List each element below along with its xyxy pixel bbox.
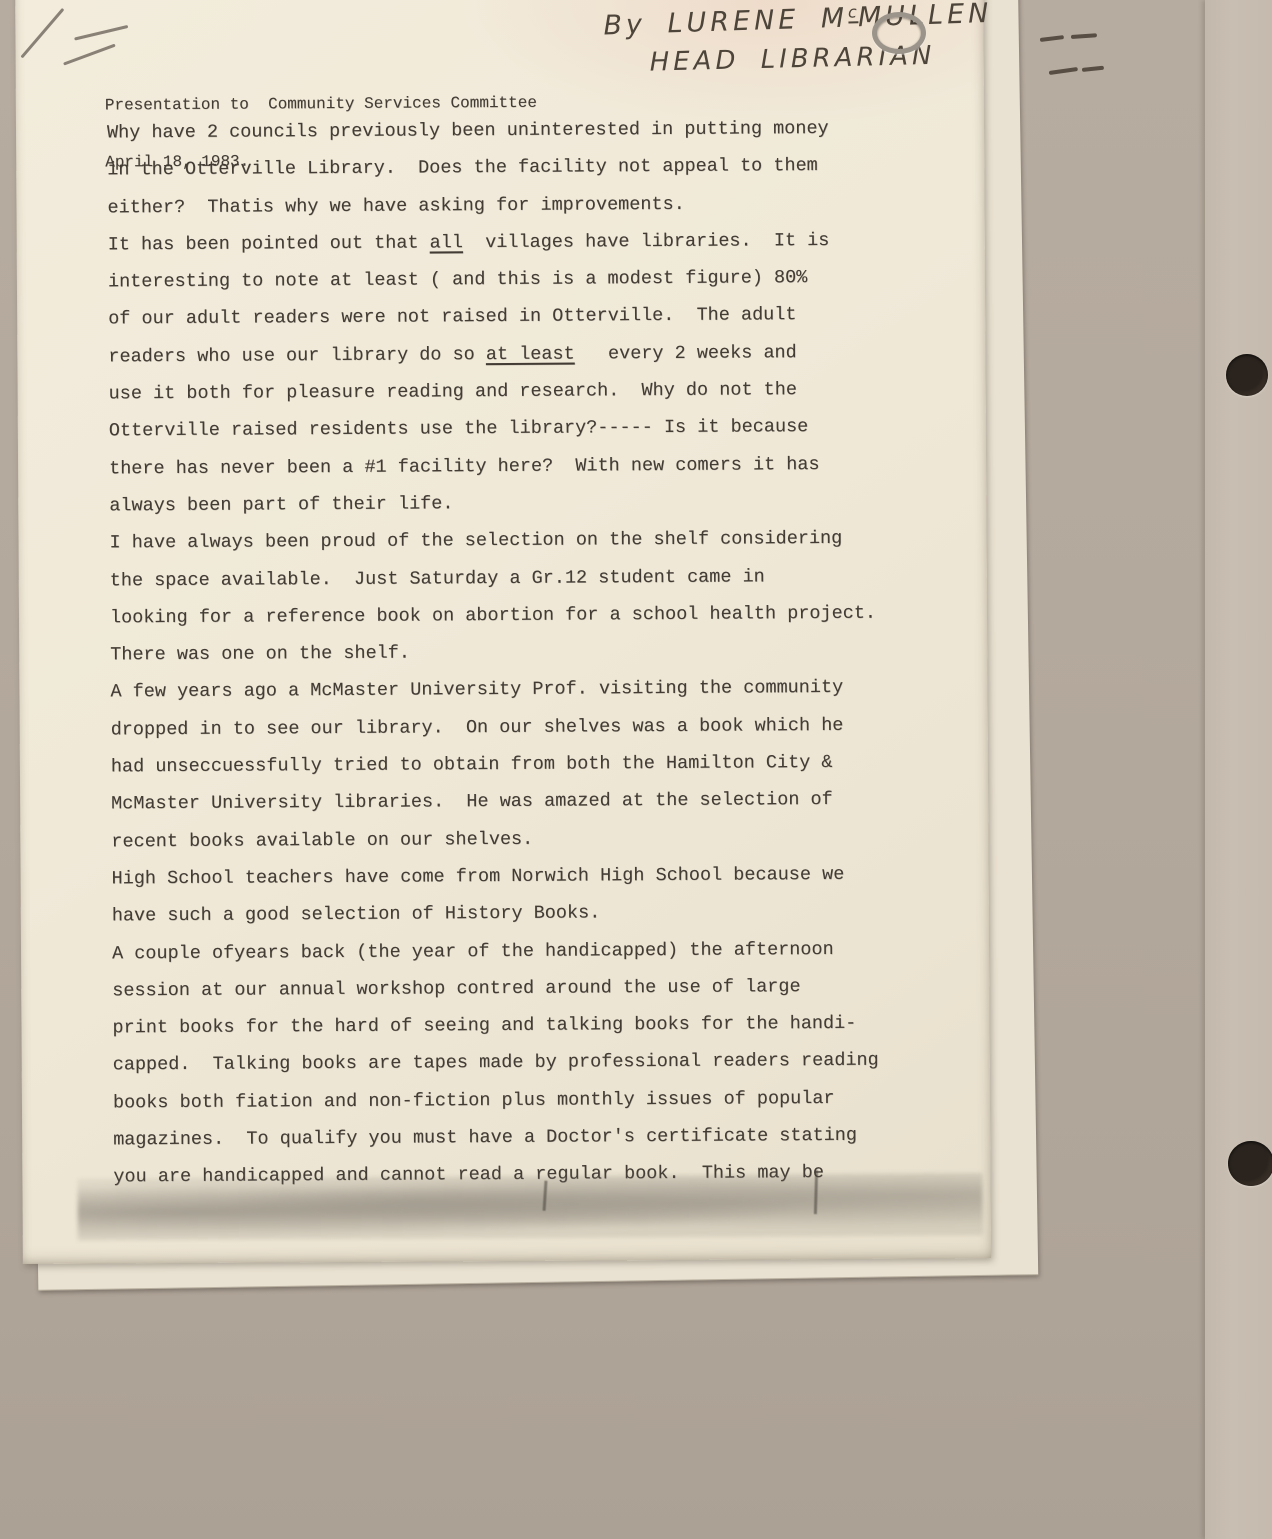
typed-text: A few years ago a McMaster University Pr…: [110, 677, 843, 702]
byline-prefix: By LURENE M: [603, 3, 849, 42]
typed-text: in the Otterville Library. Does the faci…: [107, 155, 818, 180]
typed-line: the space available. Just Saturday a Gr.…: [110, 557, 876, 599]
typewritten-page: By LURENE McMULLEN HEAD LIBRARIAN Presen…: [15, 0, 991, 1264]
paper-clip-icon: [872, 12, 926, 54]
typed-text: recent books available on our shelves.: [111, 828, 533, 852]
typed-text: readers who use our library do so: [108, 344, 486, 367]
pencil-mark: [20, 8, 64, 59]
typed-body: Why have 2 councils previously been unin…: [107, 110, 880, 1196]
underlined-text: all: [430, 232, 463, 253]
typed-text: A couple ofyears back (the year of the h…: [112, 939, 834, 964]
typed-text: villages have libraries. It is: [463, 230, 829, 253]
typed-line: always been part of their life.: [109, 483, 875, 525]
typed-line: interesting to note at least ( and this …: [108, 259, 874, 301]
typed-text: McMaster University libraries. He was am…: [111, 789, 833, 814]
underlined-text: at least: [486, 343, 575, 365]
typed-line: magazines. To qualify you must have a Do…: [113, 1117, 879, 1159]
typed-text: either? Thatis why we have asking for im…: [107, 193, 684, 218]
typed-line: readers who use our library do so at lea…: [108, 334, 874, 376]
typed-line: Why have 2 councils previously been unin…: [107, 110, 873, 152]
typed-text: the space available. Just Saturday a Gr.…: [110, 566, 765, 591]
ink-smudge-band: [77, 1173, 982, 1241]
typed-line: books both fiation and non-fiction plus …: [113, 1079, 879, 1121]
typed-text: always been part of their life.: [109, 493, 453, 516]
typed-line: capped. Talking books are tapes made by …: [113, 1042, 879, 1084]
typed-line: dropped in to see our library. On our sh…: [111, 706, 877, 748]
typed-text: have such a good selection of History Bo…: [112, 903, 601, 927]
typed-text: It has been pointed out that: [108, 232, 430, 255]
pencil-mark: [74, 25, 128, 41]
typed-text: had unseccuessfully tried to obtain from…: [111, 752, 833, 777]
punch-hole: [1226, 354, 1268, 396]
typed-line: It has been pointed out that all village…: [108, 222, 874, 264]
typed-text: Otterville raised residents use the libr…: [109, 417, 809, 442]
typed-text: session at our annual workshop contred a…: [112, 976, 800, 1001]
typed-text: of our adult readers were not raised in …: [108, 305, 796, 330]
typed-line: A few years ago a McMaster University Pr…: [110, 669, 876, 711]
typed-text: interesting to note at least ( and this …: [108, 267, 808, 292]
typed-text: High School teachers have come from Norw…: [112, 864, 845, 889]
typed-line: McMaster University libraries. He was am…: [111, 781, 877, 823]
typed-text: every 2 weeks and: [575, 342, 797, 364]
handwritten-byline: By LURENE McMULLEN: [603, 0, 993, 41]
typed-line: have such a good selection of History Bo…: [112, 893, 878, 935]
punch-hole: [1228, 1141, 1272, 1186]
typed-text: there has never been a #1 facility here?…: [109, 454, 820, 479]
typed-text: There was one on the shelf.: [110, 643, 410, 666]
typed-text: print books for the hard of seeing and t…: [112, 1013, 856, 1039]
typed-line: in the Otterville Library. Does the faci…: [107, 147, 873, 189]
scanned-document-photo: { "colors": { "mat_board": "#b4a99d", "m…: [0, 0, 1272, 1539]
typed-line: either? Thatis why we have asking for im…: [107, 184, 873, 226]
typed-line: High School teachers have come from Norw…: [111, 856, 877, 898]
typed-text: capped. Talking books are tapes made by …: [113, 1050, 879, 1076]
typed-line: use it both for pleasure reading and res…: [109, 371, 875, 413]
mat-board-right-strip: [1205, 0, 1272, 1539]
typed-line: looking for a reference book on abortion…: [110, 595, 876, 637]
typed-text: Why have 2 councils previously been unin…: [107, 118, 829, 143]
typed-line: there has never been a #1 facility here?…: [109, 445, 875, 487]
typed-text: I have always been proud of the selectio…: [109, 528, 842, 553]
typed-line: had unseccuessfully tried to obtain from…: [111, 744, 877, 786]
typed-line: Otterville raised residents use the libr…: [109, 408, 875, 450]
typed-line: There was one on the shelf.: [110, 632, 876, 674]
typed-line: print books for the hard of seeing and t…: [112, 1005, 878, 1047]
typed-line: recent books available on our shelves.: [111, 818, 877, 860]
typed-text: use it both for pleasure reading and res…: [109, 379, 797, 404]
typed-line: I have always been proud of the selectio…: [109, 520, 875, 562]
typed-line: session at our annual workshop contred a…: [112, 968, 878, 1010]
typed-line: A couple ofyears back (the year of the h…: [112, 930, 878, 972]
typed-text: books both fiation and non-fiction plus …: [113, 1088, 835, 1113]
typed-text: dropped in to see our library. On our sh…: [111, 715, 844, 740]
typed-text: looking for a reference book on abortion…: [110, 603, 876, 629]
typed-text: magazines. To qualify you must have a Do…: [113, 1125, 857, 1151]
typed-line: of our adult readers were not raised in …: [108, 296, 874, 338]
